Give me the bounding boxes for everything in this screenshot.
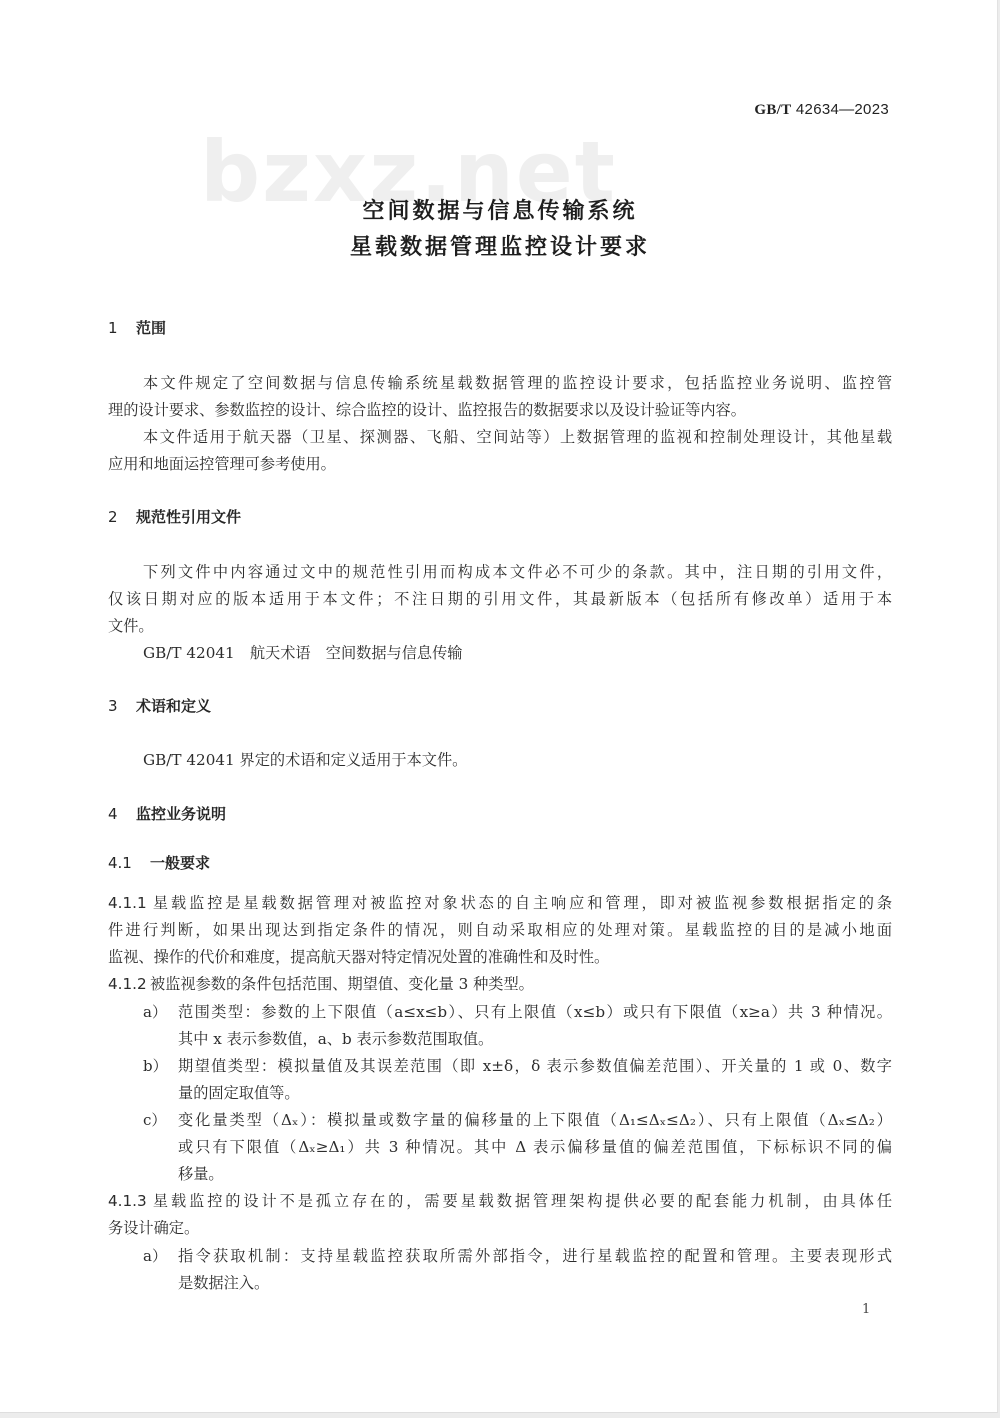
section-4-heading: 4监控业务说明 — [108, 804, 226, 824]
list-item-line: 指令获取机制：支持星载监控获取所需外部指令，进行星载监控的配置和管理。主要表现形… — [178, 1246, 892, 1266]
paragraph-line: 本文件适用于航天器（卫星、探测器、飞船、空间站等）上数据管理的监视和控制处理设计… — [143, 427, 892, 447]
standard-code: 42634—2023 — [796, 101, 889, 118]
list-item-line: 是数据注入。 — [178, 1273, 269, 1293]
paragraph-line: 理的设计要求、参数监控的设计、综合监控的设计、监控报告的数据要求以及设计验证等内… — [108, 400, 746, 420]
list-item-line: 或只有下限值（Δₓ≥Δ₁）共 3 种情况。其中 Δ 表示偏移量值的偏差范围值，下… — [178, 1137, 892, 1157]
section-1-heading: 1范围 — [108, 318, 166, 338]
paragraph-line: 本文件规定了空间数据与信息传输系统星载数据管理的监控设计要求，包括监控业务说明、… — [143, 373, 892, 393]
list-item-line: 期望值类型：模拟量值及其误差范围（即 x±δ，δ 表示参数值偏差范围）、开关量的… — [178, 1056, 892, 1076]
paragraph-line: 文件。 — [108, 616, 154, 636]
clause-number: 4.1.2 — [108, 974, 150, 994]
clause-number: 4.1.3 — [108, 1191, 150, 1211]
clause-4-1-3: 4.1.3星载监控的设计不是孤立存在的，需要星载数据管理架构提供必要的配套能力机… — [108, 1191, 892, 1211]
clause-number: 4.1.1 — [108, 893, 150, 913]
section-2-heading: 2规范性引用文件 — [108, 507, 241, 527]
section-3-heading: 3术语和定义 — [108, 696, 211, 716]
paragraph-line: 件进行判断，如果出现达到指定条件的情况，则自动采取相应的处理对策。星载监控的目的… — [108, 920, 892, 940]
list-item-line: 量的固定取值等。 — [178, 1083, 300, 1103]
paragraph-line: 务设计确定。 — [108, 1218, 199, 1238]
document-title-line-2: 星载数据管理监控设计要求 — [0, 230, 1000, 261]
standard-number: GB/T 42634—2023 — [754, 101, 889, 119]
clause-4-1-2: 4.1.2被监视参数的条件包括范围、期望值、变化量 3 种类型。 — [108, 974, 534, 994]
paragraph-line: 下列文件中内容通过文中的规范性引用而构成本文件必不可少的条款。其中，注日期的引用… — [143, 562, 892, 582]
clause-4-1-1: 4.1.1星载监控是星载数据管理对被监控对象状态的自主响应和管理，即对被监视参数… — [108, 893, 892, 913]
paragraph-line: GB/T 42041 界定的术语和定义适用于本文件。 — [143, 750, 467, 770]
subsection-4-1-heading: 4.1一般要求 — [108, 853, 210, 873]
list-item-line: 变化量类型（Δₓ）：模拟量或数字量的偏移量的上下限值（Δ₁≤Δₓ≤Δ₂）、只有上… — [178, 1110, 892, 1130]
list-item-line: 其中 x 表示参数值，a、b 表示参数范围取值。 — [178, 1029, 493, 1049]
list-marker-c: c） — [143, 1110, 166, 1130]
list-marker-a: a） — [143, 1246, 167, 1266]
page-number: 1 — [862, 1302, 870, 1317]
list-marker-b: b） — [143, 1056, 168, 1076]
document-page: GB/T 42634—2023 bzxz.net 空间数据与信息传输系统 星载数… — [0, 0, 998, 1413]
list-item-line: 范围类型：参数的上下限值（a≤x≤b）、只有上限值（x≤b）或只有下限值（x≥a… — [178, 1002, 892, 1022]
paragraph-line: 仅该日期对应的版本适用于本文件；不注日期的引用文件，其最新版本（包括所有修改单）… — [108, 589, 892, 609]
normative-reference: GB/T 42041 航天术语 空间数据与信息传输 — [143, 643, 463, 663]
document-title-line-1: 空间数据与信息传输系统 — [0, 194, 1000, 225]
list-item-line: 移量。 — [178, 1164, 224, 1184]
paragraph-line: 应用和地面运控管理可参考使用。 — [108, 454, 336, 474]
list-marker-a: a） — [143, 1002, 167, 1022]
paragraph-line: 监视、操作的代价和难度，提高航天器对特定情况处置的准确性和及时性。 — [108, 947, 609, 967]
standard-prefix: GB/T — [754, 102, 791, 118]
